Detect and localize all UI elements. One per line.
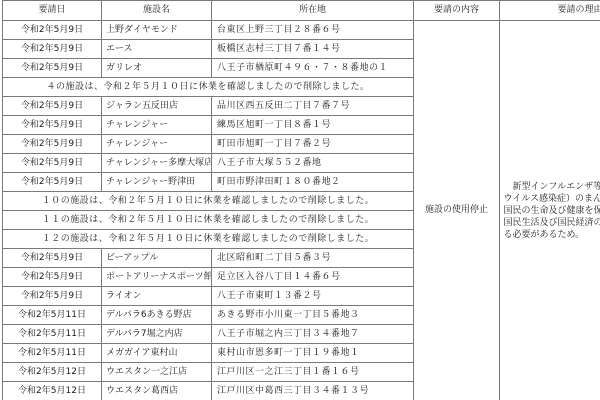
table-row: 令和2年5月11日デルパラ6あきる野店あきる野市小川東一丁目５番地３ xyxy=(3,306,414,325)
table-row: 令和2年5月9日チャレンジャー練馬区旭町一丁目８番１号 xyxy=(3,116,414,135)
address-cell: 練馬区旭町一丁目８番１号 xyxy=(212,116,414,135)
request-reason-column: 要請の理由 新型インフルエンザ等（新型コロナウイルス感染症）のまん延を防止し、国… xyxy=(500,1,600,400)
request-date-cell: 令和2年5月9日 xyxy=(3,21,102,40)
table-row: 令和2年5月9日ライオン八王子市東町１３番２号 xyxy=(3,287,414,306)
note-row: １１の施設は、令和２年５月１０日に休業を確認しましたので削除しました。 xyxy=(3,211,414,230)
request-date-cell: 令和2年5月11日 xyxy=(3,325,102,344)
address-cell: 足立区入谷八丁目１４番６号 xyxy=(212,268,414,287)
facility-name-cell: ガリレオ xyxy=(102,59,212,78)
note-cell: ４の施設は、令和２年５月１０日に休業を確認しましたので削除しました。 xyxy=(3,78,414,97)
address-cell: 八王子市堀之内三丁目３４番地７ xyxy=(212,325,414,344)
address-cell: 八王子市東町１３番２号 xyxy=(212,287,414,306)
note-cell: １０の施設は、令和２年５月１０日に休業を確認しましたので削除しました。 xyxy=(3,192,414,211)
request-date-cell: 令和2年5月9日 xyxy=(3,59,102,78)
facility-name-cell: ジャラン五反田店 xyxy=(102,97,212,116)
table-row: 令和2年5月9日チャレンジャー町田市旭町一丁目７番２号 xyxy=(3,135,414,154)
address-cell: 東村山市恩多町一丁目１９番地１ xyxy=(212,344,414,363)
address-cell: 八王子市大塚５５２番地 xyxy=(212,154,414,173)
facility-name-header: 施設名 xyxy=(102,1,212,21)
address-cell: 江戸川区一之江三丁目１番１６号 xyxy=(212,363,414,382)
address-cell: 台東区上野三丁目２８番６号 xyxy=(212,21,414,40)
request-date-cell: 令和2年5月11日 xyxy=(3,306,102,325)
table-row: 令和2年5月9日ガリレオ八王子市楢原町４９６・７・８番地の１ xyxy=(3,59,414,78)
facility-name-cell: ウエスタン葛西店 xyxy=(102,382,212,400)
table-row: 令和2年5月9日エース板橋区志村三丁目７番１４号 xyxy=(3,40,414,59)
address-cell: 江戸川区中葛西三丁目３４番１３号 xyxy=(212,382,414,400)
facility-name-cell: ライオン xyxy=(102,287,212,306)
address-cell: 板橋区志村三丁目７番１４号 xyxy=(212,40,414,59)
request-date-cell: 令和2年5月9日 xyxy=(3,154,102,173)
note-cell: １１の施設は、令和２年５月１０日に休業を確認しましたので削除しました。 xyxy=(3,211,414,230)
request-date-cell: 令和2年5月9日 xyxy=(3,249,102,268)
table-left-columns: 要請日 施設名 所在地 令和2年5月9日上野ダイヤモンド台東区上野三丁目２８番６… xyxy=(3,1,414,400)
table-row: 令和2年5月11日デルパラ7堀之内店八王子市堀之内三丁目３４番地７ xyxy=(3,325,414,344)
facility-name-cell: ポートアリーナスポーツ館 xyxy=(102,268,212,287)
table-body: 令和2年5月9日上野ダイヤモンド台東区上野三丁目２８番６号令和2年5月9日エース… xyxy=(3,21,414,400)
facility-request-table: 要請日 施設名 所在地 令和2年5月9日上野ダイヤモンド台東区上野三丁目２８番６… xyxy=(2,0,600,400)
facility-name-cell: チャレンジャー野津田 xyxy=(102,173,212,192)
note-row: １０の施設は、令和２年５月１０日に休業を確認しましたので削除しました。 xyxy=(3,192,414,211)
note-row: ４の施設は、令和２年５月１０日に休業を確認しましたので削除しました。 xyxy=(3,78,414,97)
request-date-cell: 令和2年5月9日 xyxy=(3,135,102,154)
table-row: 令和2年5月11日メガガイア東村山東村山市恩多町一丁目１９番地１ xyxy=(3,344,414,363)
request-reason-header: 要請の理由 xyxy=(500,1,600,21)
request-date-cell: 令和2年5月9日 xyxy=(3,268,102,287)
note-row: １２の施設は、令和２年５月１０日に休業を確認しましたので削除しました。 xyxy=(3,230,414,249)
request-content-text: 施設の使用停止 xyxy=(425,205,488,216)
address-cell: 北区昭和町二丁目５番３号 xyxy=(212,249,414,268)
table-row: 令和2年5月12日ウエスタン葛西店江戸川区中葛西三丁目３４番１３号 xyxy=(3,382,414,400)
facility-name-cell: チャレンジャー xyxy=(102,116,212,135)
facility-name-cell: ウエスタン一之江店 xyxy=(102,363,212,382)
request-date-cell: 令和2年5月9日 xyxy=(3,116,102,135)
table-row: 令和2年5月9日ジャラン五反田店品川区西五反田二丁目７番７号 xyxy=(3,97,414,116)
facility-name-cell: デルパラ6あきる野店 xyxy=(102,306,212,325)
request-date-cell: 令和2年5月9日 xyxy=(3,287,102,306)
address-cell: 町田市野津田町１８０番地２ xyxy=(212,173,414,192)
document-page: 要請日 施設名 所在地 令和2年5月9日上野ダイヤモンド台東区上野三丁目２８番６… xyxy=(0,0,600,400)
request-content-column: 要請の内容 施設の使用停止 xyxy=(414,1,500,400)
table-row: 令和2年5月9日ポートアリーナスポーツ館足立区入谷八丁目１４番６号 xyxy=(3,268,414,287)
address-cell: あきる野市小川東一丁目５番地３ xyxy=(212,306,414,325)
address-cell: 品川区西五反田二丁目７番７号 xyxy=(212,97,414,116)
facility-name-cell: 上野ダイヤモンド xyxy=(102,21,212,40)
facility-name-cell: チャレンジャー多摩大塚店 xyxy=(102,154,212,173)
table-row: 令和2年5月9日チャレンジャー多摩大塚店八王子市大塚５５２番地 xyxy=(3,154,414,173)
address-header: 所在地 xyxy=(212,1,414,21)
table-row: 令和2年5月9日ビーアップル北区昭和町二丁目５番３号 xyxy=(3,249,414,268)
address-cell: 町田市旭町一丁目７番２号 xyxy=(212,135,414,154)
facility-name-cell: メガガイア東村山 xyxy=(102,344,212,363)
facility-name-cell: エース xyxy=(102,40,212,59)
request-date-cell: 令和2年5月9日 xyxy=(3,97,102,116)
request-content-header: 要請の内容 xyxy=(414,1,500,21)
request-date-cell: 令和2年5月11日 xyxy=(3,344,102,363)
request-date-cell: 令和2年5月12日 xyxy=(3,382,102,400)
table-header-row: 要請日 施設名 所在地 xyxy=(3,1,414,21)
note-cell: １２の施設は、令和２年５月１０日に休業を確認しましたので削除しました。 xyxy=(3,230,414,249)
table-row: 令和2年5月9日チャレンジャー野津田町田市野津田町１８０番地２ xyxy=(3,173,414,192)
request-reason-cell: 新型インフルエンザ等（新型コロナウイルス感染症）のまん延を防止し、国民の生命及び… xyxy=(500,21,600,400)
facility-name-cell: チャレンジャー xyxy=(102,135,212,154)
request-date-header: 要請日 xyxy=(3,1,102,21)
request-date-cell: 令和2年5月9日 xyxy=(3,173,102,192)
address-cell: 八王子市楢原町４９６・７・８番地の１ xyxy=(212,59,414,78)
request-reason-text: 新型インフルエンザ等（新型コロナウイルス感染症）のまん延を防止し、国民の生命及び… xyxy=(504,181,600,241)
facility-name-cell: デルパラ7堀之内店 xyxy=(102,325,212,344)
table-row: 令和2年5月9日上野ダイヤモンド台東区上野三丁目２８番６号 xyxy=(3,21,414,40)
request-date-cell: 令和2年5月12日 xyxy=(3,363,102,382)
request-content-cell: 施設の使用停止 xyxy=(414,21,500,400)
facility-name-cell: ビーアップル xyxy=(102,249,212,268)
request-date-cell: 令和2年5月9日 xyxy=(3,40,102,59)
table-row: 令和2年5月12日ウエスタン一之江店江戸川区一之江三丁目１番１６号 xyxy=(3,363,414,382)
